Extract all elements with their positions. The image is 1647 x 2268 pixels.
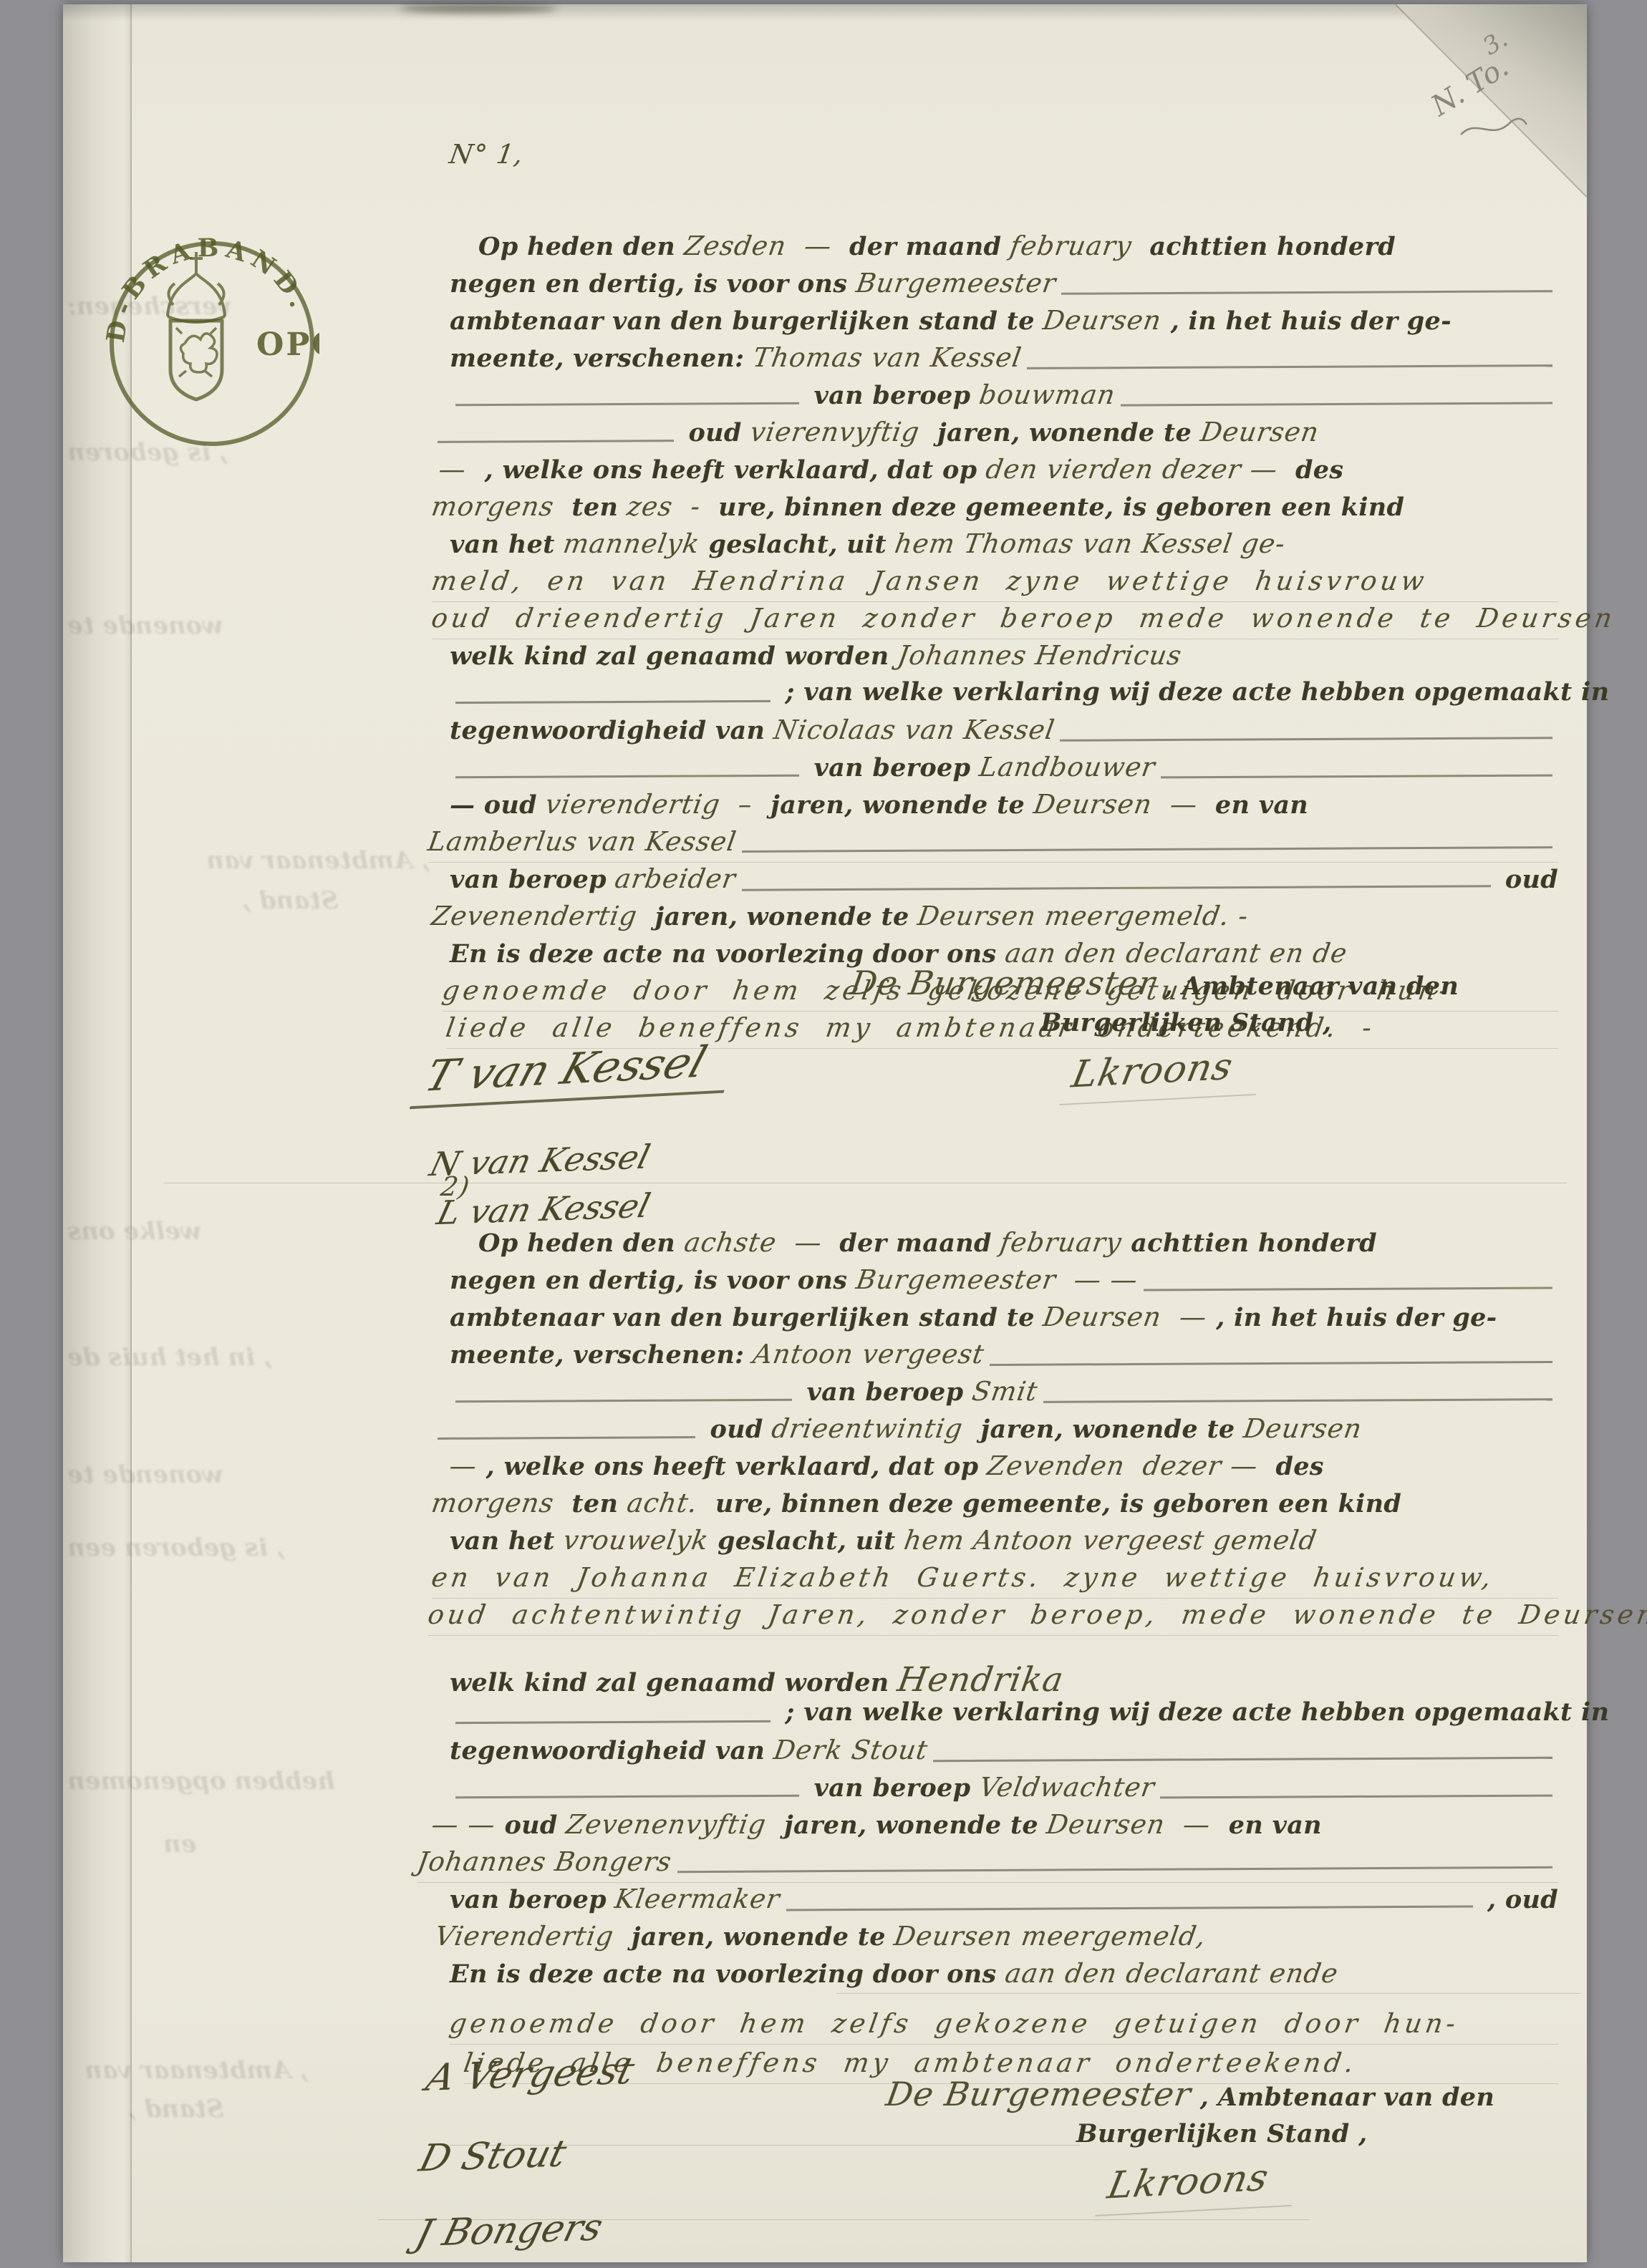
- printed-text: meente, verschenen:: [450, 1340, 753, 1370]
- printed-text: des: [1257, 1452, 1323, 1481]
- signature: D Stout: [415, 2133, 571, 2181]
- act-line: en van Johanna Elizabeth Guerts. zyne we…: [432, 1562, 1558, 1599]
- printed-text: en van: [1211, 1811, 1322, 1840]
- handwritten-text: genoemde door hem zelfs gekozene getuige…: [448, 2008, 1462, 2039]
- officer-signature: Lkroons: [1095, 2155, 1301, 2216]
- officer-line: De Burgemeester , Ambtenaar van den: [851, 964, 1459, 1002]
- handwritten-text: vierendertig –: [544, 789, 755, 820]
- printed-text: van beroep: [798, 1377, 972, 1407]
- bleedthrough-text: , in het huis de: [67, 1343, 272, 1372]
- act-line: van beroep Veldwachter: [450, 1772, 1558, 1809]
- guide-line: [378, 2219, 1309, 2220]
- officer-attestation: De Burgemeester , Ambtenaar van den Burg…: [887, 2075, 1494, 2211]
- printed-text: ; van welke verklaring wij deze acte heb…: [776, 1697, 1609, 1727]
- handwritten-text: morgens: [430, 491, 556, 522]
- act-body: Op heden den Zesden — der maand february…: [450, 231, 1558, 1050]
- printed-text: ambtenaar van den burgerlijken stand te: [450, 1303, 1043, 1332]
- printed-text: ten: [554, 493, 627, 522]
- bleedthrough-text: Stand ,: [127, 2095, 223, 2123]
- bleedthrough-text: , Ambtenaar van: [84, 2056, 308, 2085]
- act-body: Op heden den achste — der maand february…: [450, 1227, 1558, 2085]
- act-line: meente, verschenen: Thomas van Kessel: [450, 342, 1558, 379]
- pencil-squiggle: [1455, 112, 1534, 147]
- printed-text: tegenwoordigheid van: [450, 1736, 774, 1765]
- handwritten-text: —: [448, 1450, 480, 1481]
- handwritten-text: Zevenendertig: [430, 901, 639, 931]
- fill-rule: [1060, 737, 1552, 742]
- printed-text: negen en dertig, is voor ons: [450, 269, 856, 299]
- printed-text: Burgerlijken Stand ,: [1040, 1008, 1459, 1037]
- bleedthrough-text: verschenen:: [67, 292, 231, 321]
- bleedthrough-text: wonende te: [67, 611, 223, 640]
- printed-text: der maand: [821, 1228, 1000, 1258]
- printed-text: welk kind zal genaamd worden: [450, 641, 898, 671]
- act-line: ambtenaar van den burgerlijken stand te …: [450, 305, 1558, 342]
- act-line: Zevenendertig jaren, wonende te Deursen …: [432, 901, 1558, 938]
- act-line: genoemde door hem zelfs gekozene getuige…: [450, 2008, 1558, 2045]
- printed-text: van beroep: [805, 381, 980, 410]
- fill-rule: [742, 885, 1491, 891]
- printed-text: achttien honderd: [1122, 1228, 1377, 1258]
- officer-signature: Lkroons: [1059, 1044, 1265, 1105]
- handwritten-text: Smit: [970, 1376, 1040, 1407]
- act-line: van het vrouwelyk geslacht, uit hem Anto…: [450, 1525, 1558, 1562]
- act-line: van beroep bouwman: [450, 379, 1558, 417]
- printed-text: Burgerlijken Stand ,: [1076, 2119, 1494, 2148]
- printed-text: jaren, wonende te: [637, 902, 918, 931]
- bleedthrough-text: welke ons: [67, 1217, 201, 1246]
- bleedthrough-text: wonende te: [67, 1460, 223, 1489]
- handwritten-text: vierenvyftig: [748, 417, 922, 447]
- printed-text: , welke ons heeft verklaard, dat op: [477, 1452, 987, 1481]
- bleedthrough-text: hebben opgenomen: [67, 1767, 335, 1795]
- printed-text: jaren, wonende te: [919, 418, 1200, 447]
- officer-line: De Burgemeester , Ambtenaar van den: [887, 2075, 1494, 2113]
- handwritten-text: Johannes Hendricus: [896, 640, 1184, 671]
- scan-shadow: [63, 4, 1587, 21]
- printed-text: van beroep: [805, 1773, 980, 1803]
- handwritten-text: february: [998, 1227, 1124, 1258]
- act-line: oud achtentwintig Jaren, zonder beroep, …: [428, 1599, 1558, 1636]
- printed-text: oud: [680, 418, 750, 447]
- fill-rule: [1027, 364, 1552, 369]
- fill-rule: [455, 1399, 792, 1402]
- handwritten-text: mannelyk: [561, 528, 702, 559]
- handwritten-text: aan den declarant ende: [1003, 1958, 1341, 1989]
- bleedthrough-text: en: [163, 1830, 196, 1858]
- printed-text: , Ambtenaar van den: [1155, 971, 1459, 1001]
- guide-line: [163, 1183, 1567, 1183]
- handwritten-text: den vierden dezer —: [984, 454, 1280, 485]
- act-line: Vierendertig jaren, wonende te Deursen m…: [435, 1921, 1558, 1958]
- ink-stamp: D-BRABAND. OPC: [105, 236, 319, 451]
- handwritten-text: achste —: [682, 1227, 824, 1258]
- act-line: tegenwoordigheid van Derk Stout: [450, 1735, 1558, 1772]
- ink-smudge: [400, 4, 557, 13]
- printed-text: , welke ons heeft verklaard, dat op: [485, 455, 986, 485]
- printed-text: ambtenaar van den burgerlijken stand te: [450, 306, 1043, 336]
- printed-text: negen en dertig, is voor ons: [450, 1266, 856, 1295]
- act-line: — , welke ons heeft verklaard, dat op de…: [439, 454, 1558, 491]
- printed-text: jaren, wonende te: [963, 1415, 1244, 1444]
- handwritten-text: Veldwachter: [977, 1772, 1156, 1803]
- handwritten-text: Zevenenvyftig: [564, 1809, 769, 1840]
- act-line: Op heden den Zesden — der maand february…: [478, 231, 1558, 268]
- fill-rule: [677, 1866, 1552, 1873]
- fill-rule: [455, 1720, 771, 1724]
- act-line: oud vierenvyftig jaren, wonende te Deurs…: [432, 417, 1558, 454]
- act-line: negen en dertig, is voor ons Burgemeeste…: [450, 1264, 1558, 1302]
- handwritten-text: Deursen meergemeld,: [892, 1921, 1209, 1952]
- printed-text: van beroep: [450, 865, 615, 894]
- fill-rule: [455, 700, 771, 704]
- act-line: ; van welke verklaring wij deze acte heb…: [450, 1697, 1558, 1735]
- act-line: van beroep Smit: [450, 1376, 1558, 1413]
- printed-text: jaren, wonende te: [614, 1922, 894, 1952]
- act-line: En is deze acte na voorlezing door ons a…: [450, 1958, 1558, 1995]
- printed-text: meente, verschenen:: [450, 344, 753, 373]
- handwritten-text: Deursen meergemeld. -: [916, 901, 1251, 931]
- printed-text: oud: [1496, 865, 1558, 894]
- signature: J Bongers: [411, 2206, 607, 2256]
- act-line: meld, en van Hendrina Jansen zyne wettig…: [432, 566, 1558, 602]
- printed-text: oud: [701, 1415, 772, 1444]
- fill-rule: [786, 1905, 1473, 1911]
- fill-rule: [1061, 290, 1552, 295]
- act-line: van beroep Landbouwer: [450, 752, 1558, 789]
- handwritten-text: oud achtentwintig Jaren, zonder beroep, …: [426, 1599, 1647, 1630]
- printed-text: van het: [450, 530, 564, 559]
- printed-text: oud: [505, 1811, 567, 1840]
- handwritten-text: Vierendertig: [433, 1921, 617, 1952]
- act-line: morgens ten acht. ure, binnen deze gemee…: [432, 1488, 1558, 1525]
- printed-text: geslacht, uit: [709, 1526, 905, 1556]
- act-line: — — oud Zevenenvyftig jaren, wonende te …: [432, 1809, 1558, 1846]
- handwritten-text: Derk Stout: [771, 1735, 929, 1765]
- printed-text: ; van welke verklaring wij deze acte heb…: [776, 677, 1609, 707]
- handwritten-text: Deursen: [1198, 417, 1321, 447]
- fill-rule: [933, 1757, 1552, 1763]
- fill-rule: [742, 846, 1552, 853]
- printed-text: welk kind zal genaamd worden: [450, 1668, 898, 1697]
- handwritten-text: Burgemeester: [854, 268, 1058, 299]
- printed-text: — oud: [450, 790, 546, 820]
- act-line: Johannes Bongers: [417, 1846, 1558, 1883]
- act-line: tegenwoordigheid van Nicolaas van Kessel: [450, 714, 1558, 752]
- handwritten-text: Deursen —: [1041, 1302, 1209, 1332]
- fill-rule: [438, 1436, 695, 1440]
- printed-text: geslacht, uit: [700, 530, 896, 559]
- printed-text: van beroep: [805, 753, 980, 782]
- act-line: Lamberlus van Kessel: [428, 826, 1558, 863]
- handwritten-text: hem Thomas van Kessel ge-: [893, 528, 1288, 559]
- handwritten-text: Deursen —: [1045, 1809, 1213, 1840]
- act-line: — , welke ons heeft verklaard, dat op Ze…: [450, 1450, 1558, 1488]
- handwritten-text: — —: [430, 1809, 507, 1840]
- stamp-side-text: OPC: [256, 326, 319, 363]
- printed-text: ure, binnen deze gemeente, is geboren ee…: [700, 493, 1404, 522]
- printed-text: tegenwoordigheid van: [450, 716, 774, 745]
- act-line: van het mannelyk geslacht, uit hem Thoma…: [450, 528, 1558, 566]
- bleedthrough-text: Stand ,: [242, 886, 338, 915]
- handwritten-text: Hendrika: [895, 1660, 1067, 1700]
- act-line: Op heden den achste — der maand february…: [478, 1227, 1558, 1264]
- guide-line: [450, 2145, 1080, 2146]
- printed-text: En is deze acte na voorlezing door ons: [450, 1959, 1005, 1989]
- handwritten-text: en van Johanna Elizabeth Guerts. zyne we…: [430, 1562, 1497, 1593]
- printed-text: Op heden den: [478, 232, 685, 261]
- handwritten-text: morgens: [430, 1488, 556, 1518]
- printed-text: , oud: [1478, 1885, 1558, 1914]
- printed-text: , in het huis der ge-: [1207, 1303, 1497, 1332]
- fill-rule: [990, 1361, 1552, 1366]
- handwritten-text: Johannes Bongers: [415, 1846, 675, 1877]
- fill-rule: [1160, 1795, 1552, 1799]
- handwritten-text: Deursen: [1242, 1413, 1365, 1444]
- handwritten-text: february: [1008, 231, 1134, 261]
- handwritten-text: oud drieendertig Jaren zonder beroep med…: [430, 603, 1618, 634]
- act-number: 2): [439, 1171, 473, 1202]
- printed-text: ten: [554, 1489, 627, 1518]
- act-line: welk kind zal genaamd worden Hendrika: [450, 1660, 1558, 1697]
- handwritten-text: arbeider: [613, 863, 738, 894]
- fill-rule: [1043, 1398, 1552, 1403]
- printed-text: en van: [1197, 790, 1308, 820]
- printed-text: jaren, wonende te: [766, 1811, 1047, 1840]
- bleedthrough-text: , is geboren: [67, 438, 228, 467]
- handwritten-text: Landbouwer: [977, 752, 1157, 782]
- printed-text: van het: [450, 1526, 564, 1556]
- handwritten-text: Thomas van Kessel: [750, 342, 1023, 373]
- fill-rule: [455, 775, 799, 779]
- printed-text: jaren, wonende te: [753, 790, 1033, 820]
- act-line: — oud vierendertig – jaren, wonende te D…: [450, 789, 1558, 826]
- handwritten-text: —: [437, 454, 487, 485]
- fill-rule: [1144, 1287, 1552, 1291]
- printed-text: , in het huis der ge-: [1161, 306, 1452, 336]
- fill-rule: [455, 1795, 799, 1799]
- printed-text: van beroep: [450, 1885, 615, 1914]
- signature: A Vergeest: [422, 2050, 639, 2100]
- printed-text: , Ambtenaar van den: [1191, 2083, 1494, 2112]
- act-line: meente, verschenen: Antoon vergeest: [450, 1339, 1558, 1376]
- act-line: welk kind zal genaamd worden Johannes He…: [450, 640, 1558, 677]
- act-line: van beroep arbeider oud: [450, 863, 1558, 901]
- handwritten-text: Nicolaas van Kessel: [771, 714, 1057, 745]
- handwritten-text: De Burgemeester: [848, 964, 1159, 1002]
- act-line: oud drieentwintig jaren, wonende te Deur…: [432, 1413, 1558, 1450]
- printed-text: achttien honderd: [1131, 232, 1396, 261]
- act-line: morgens ten zes - ure, binnen deze gemee…: [432, 491, 1558, 528]
- handwritten-text: Zevenden dezer —: [985, 1450, 1260, 1481]
- handwritten-text: acht.: [624, 1488, 700, 1518]
- handwritten-text: Burgemeester — —: [854, 1264, 1140, 1295]
- bleedthrough-text: , Ambtenaar van: [206, 846, 430, 875]
- handwritten-text: meld, en van Hendrina Jansen zyne wettig…: [430, 566, 1430, 596]
- handwritten-text: Kleermaker: [613, 1884, 783, 1914]
- guide-line: [836, 1993, 1581, 1994]
- handwritten-text: Lamberlus van Kessel: [426, 826, 739, 857]
- act-line: van beroep Kleermaker , oud: [450, 1884, 1558, 1921]
- handwritten-text: Deursen —: [1031, 789, 1199, 820]
- act-line: negen en dertig, is voor ons Burgemeeste…: [450, 268, 1558, 305]
- handwritten-text: Antoon vergeest: [750, 1339, 986, 1370]
- handwritten-text: Deursen: [1041, 305, 1164, 336]
- scanned-document: { "page": { "corner": { "number": "3.", …: [0, 0, 1647, 2268]
- act-line: ambtenaar van den burgerlijken stand te …: [450, 1302, 1558, 1339]
- act-line: oud drieendertig Jaren zonder beroep med…: [432, 603, 1558, 639]
- handwritten-text: hem Antoon vergeest gemeld: [902, 1525, 1320, 1556]
- officer-attestation: De Burgemeester , Ambtenaar van den Burg…: [851, 964, 1459, 1100]
- document-page: D-BRABAND. OPC 3. N. To. verschenen:, is…: [63, 4, 1587, 2262]
- lion-emblem: [176, 328, 217, 377]
- printed-text: des: [1277, 455, 1343, 485]
- fill-rule: [1121, 402, 1552, 406]
- fill-rule: [1161, 775, 1552, 779]
- handwritten-text: De Burgemeester: [884, 2075, 1194, 2113]
- printed-text: ure, binnen deze gemeente, is geboren ee…: [697, 1489, 1401, 1518]
- act-number: N° 1,: [448, 139, 526, 170]
- fill-rule: [455, 402, 799, 407]
- printed-text: Op heden den: [478, 1228, 685, 1258]
- handwritten-text: drieentwintig: [770, 1413, 965, 1444]
- handwritten-text: vrouwelyk: [561, 1525, 711, 1556]
- bleedthrough-text: , is geboren een: [67, 1533, 285, 1562]
- handwritten-text: zes -: [624, 491, 702, 522]
- handwritten-text: bouwman: [977, 379, 1117, 410]
- printed-text: der maand: [831, 232, 1010, 261]
- act-line: ; van welke verklaring wij deze acte heb…: [450, 677, 1558, 714]
- handwritten-text: Zesden —: [682, 231, 834, 261]
- fill-rule: [438, 440, 674, 443]
